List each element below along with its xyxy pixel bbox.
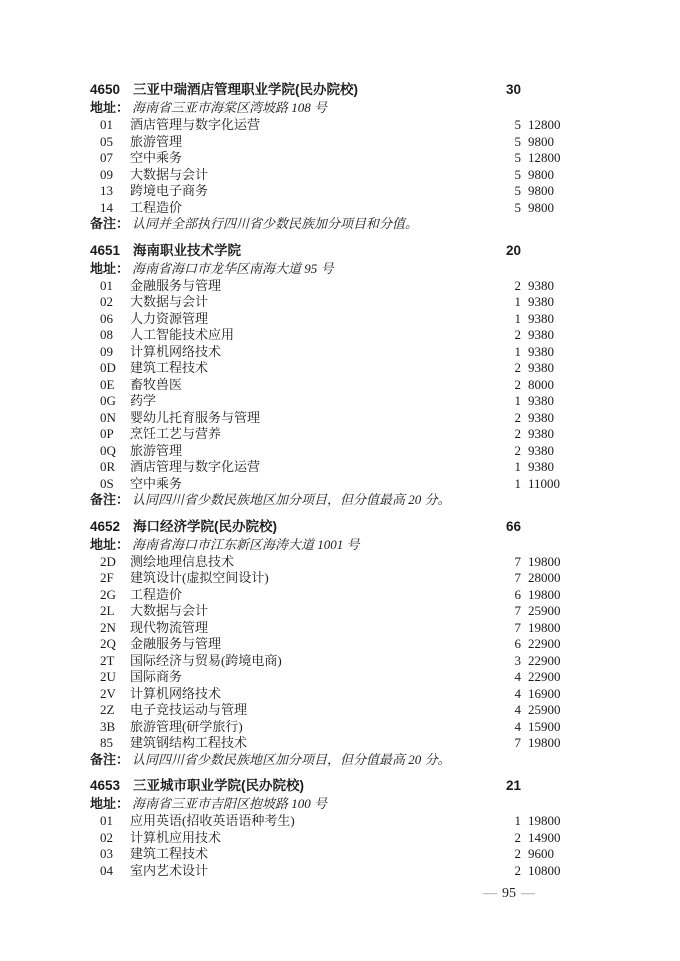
major-fee: 9800 — [521, 183, 565, 200]
major-name: 计算机应用技术 — [130, 830, 495, 847]
major-fee: 8000 — [521, 377, 565, 394]
major-quota: 2 — [495, 426, 521, 443]
major-quota: 7 — [495, 603, 521, 620]
major-row: 0P烹饪工艺与营养29380 — [90, 426, 565, 443]
major-row: 2V计算机网络技术416900 — [90, 686, 565, 703]
major-quota: 5 — [495, 134, 521, 151]
major-code: 2Z — [100, 702, 122, 719]
major-quota: 1 — [495, 294, 521, 311]
major-fee: 22900 — [521, 653, 565, 670]
college-name: 海口经济学院(民办院校) — [133, 517, 495, 536]
address-text: 海南省海口市江东新区海涛大道 1001 号 — [132, 536, 360, 554]
major-code: 09 — [100, 167, 122, 184]
major-quota: 5 — [495, 117, 521, 134]
major-fee: 19800 — [521, 554, 565, 571]
major-name: 旅游管理 — [130, 443, 495, 460]
major-fee: 9800 — [521, 134, 565, 151]
major-fee: 9380 — [521, 360, 565, 377]
major-row: 0D建筑工程技术29380 — [90, 360, 565, 377]
major-row: 06人力资源管理19380 — [90, 311, 565, 328]
major-code: 08 — [100, 327, 122, 344]
college-code: 4651 — [90, 241, 124, 260]
major-name: 国际商务 — [130, 669, 495, 686]
major-row: 01酒店管理与数字化运营512800 — [90, 117, 565, 134]
major-row: 0Q旅游管理29380 — [90, 443, 565, 460]
major-name: 人工智能技术应用 — [130, 327, 495, 344]
major-code: 2U — [100, 669, 122, 686]
major-code: 2F — [100, 570, 122, 587]
major-code: 05 — [100, 134, 122, 151]
major-fee: 12800 — [521, 117, 565, 134]
major-name: 酒店管理与数字化运营 — [130, 459, 495, 476]
major-row: 01应用英语(招收英语语种考生)119800 — [90, 813, 565, 830]
major-quota: 5 — [495, 183, 521, 200]
college-plan-total: 20 — [495, 241, 521, 260]
major-row: 02大数据与会计19380 — [90, 294, 565, 311]
major-name: 建筑设计(虚拟空间设计) — [130, 570, 495, 587]
note-text: 认同四川省少数民族地区加分项目，但分值最高 20 分。 — [132, 492, 451, 509]
major-fee: 19800 — [521, 735, 565, 752]
major-name: 国际经济与贸易(跨境电商) — [130, 653, 495, 670]
major-code: 04 — [100, 863, 122, 880]
major-fee: 9380 — [521, 327, 565, 344]
major-row: 3B旅游管理(研学旅行)415900 — [90, 719, 565, 736]
major-code: 14 — [100, 200, 122, 217]
address-text: 海南省海口市龙华区南海大道 95 号 — [132, 260, 334, 278]
college-block: 4653三亚城市职业学院(民办院校)21地址：海南省三亚市吉阳区抱坡路 100 … — [90, 776, 565, 879]
note-row: 备注：认同并全部执行四川省少数民族加分项目和分值。 — [90, 216, 565, 233]
major-quota: 1 — [495, 476, 521, 493]
major-fee: 9800 — [521, 200, 565, 217]
major-quota: 6 — [495, 587, 521, 604]
major-name: 测绘地理信息技术 — [130, 554, 495, 571]
major-code: 0P — [100, 426, 122, 443]
major-row: 14工程造价59800 — [90, 200, 565, 217]
major-name: 跨境电子商务 — [130, 183, 495, 200]
major-row: 85建筑钢结构工程技术719800 — [90, 735, 565, 752]
major-code: 85 — [100, 735, 122, 752]
major-quota: 1 — [495, 393, 521, 410]
major-quota: 3 — [495, 653, 521, 670]
major-quota: 7 — [495, 735, 521, 752]
major-row: 05旅游管理59800 — [90, 134, 565, 151]
college-plan-total: 30 — [495, 80, 521, 99]
major-code: 0Q — [100, 443, 122, 460]
college-address-row: 地址：海南省三亚市吉阳区抱坡路 100 号 — [90, 795, 565, 813]
major-name: 酒店管理与数字化运营 — [130, 117, 495, 134]
footer-right-dash: — — [516, 886, 540, 901]
major-code: 2D — [100, 554, 122, 571]
major-fee: 19800 — [521, 587, 565, 604]
major-name: 建筑钢结构工程技术 — [130, 735, 495, 752]
major-row: 2N现代物流管理719800 — [90, 620, 565, 637]
address-label: 地址： — [90, 536, 129, 554]
major-row: 04室内艺术设计210800 — [90, 863, 565, 880]
major-quota: 4 — [495, 669, 521, 686]
major-quota: 2 — [495, 863, 521, 880]
major-code: 2T — [100, 653, 122, 670]
college-address-row: 地址：海南省海口市龙华区南海大道 95 号 — [90, 260, 565, 278]
college-block: 4651海南职业技术学院20地址：海南省海口市龙华区南海大道 95 号01金融服… — [90, 241, 565, 509]
major-fee: 11000 — [521, 476, 565, 493]
major-row: 2G工程造价619800 — [90, 587, 565, 604]
major-name: 计算机网络技术 — [130, 344, 495, 361]
major-code: 0R — [100, 459, 122, 476]
major-code: 03 — [100, 846, 122, 863]
major-fee: 9800 — [521, 167, 565, 184]
major-quota: 5 — [495, 150, 521, 167]
major-quota: 7 — [495, 554, 521, 571]
major-fee: 9380 — [521, 311, 565, 328]
major-row: 0E畜牧兽医28000 — [90, 377, 565, 394]
major-fee: 9380 — [521, 459, 565, 476]
college-block: 4650三亚中瑞酒店管理职业学院(民办院校)30地址：海南省三亚市海棠区湾坡路 … — [90, 80, 565, 233]
major-fee: 22900 — [521, 636, 565, 653]
major-name: 空中乘务 — [130, 150, 495, 167]
major-quota: 1 — [495, 311, 521, 328]
major-code: 2N — [100, 620, 122, 637]
major-name: 药学 — [130, 393, 495, 410]
major-code: 0E — [100, 377, 122, 394]
document-page: 4650三亚中瑞酒店管理职业学院(民办院校)30地址：海南省三亚市海棠区湾坡路 … — [0, 0, 680, 961]
major-quota: 7 — [495, 570, 521, 587]
major-row: 02计算机应用技术214900 — [90, 830, 565, 847]
major-quota: 5 — [495, 167, 521, 184]
college-header-row: 4650三亚中瑞酒店管理职业学院(民办院校)30 — [90, 80, 565, 99]
major-name: 大数据与会计 — [130, 167, 495, 184]
major-row: 2T国际经济与贸易(跨境电商)322900 — [90, 653, 565, 670]
note-text: 认同并全部执行四川省少数民族加分项目和分值。 — [132, 216, 418, 233]
major-fee: 14900 — [521, 830, 565, 847]
college-block: 4652海口经济学院(民办院校)66地址：海南省海口市江东新区海涛大道 1001… — [90, 517, 565, 769]
major-fee: 12800 — [521, 150, 565, 167]
major-fee: 25900 — [521, 702, 565, 719]
college-name: 三亚城市职业学院(民办院校) — [133, 776, 495, 795]
major-quota: 2 — [495, 830, 521, 847]
major-name: 金融服务与管理 — [130, 278, 495, 295]
major-name: 室内艺术设计 — [130, 863, 495, 880]
college-address-row: 地址：海南省三亚市海棠区湾坡路 108 号 — [90, 99, 565, 117]
major-quota: 2 — [495, 410, 521, 427]
major-name: 工程造价 — [130, 200, 495, 217]
major-fee: 9380 — [521, 344, 565, 361]
major-name: 大数据与会计 — [130, 294, 495, 311]
major-row: 03建筑工程技术29600 — [90, 846, 565, 863]
major-quota: 6 — [495, 636, 521, 653]
major-row: 0R酒店管理与数字化运营19380 — [90, 459, 565, 476]
major-name: 空中乘务 — [130, 476, 495, 493]
note-label: 备注： — [90, 492, 129, 509]
major-code: 2L — [100, 603, 122, 620]
major-code: 02 — [100, 830, 122, 847]
major-code: 01 — [100, 278, 122, 295]
college-header-row: 4653三亚城市职业学院(民办院校)21 — [90, 776, 565, 795]
major-row: 13跨境电子商务59800 — [90, 183, 565, 200]
major-code: 09 — [100, 344, 122, 361]
note-label: 备注： — [90, 216, 129, 233]
major-quota: 4 — [495, 719, 521, 736]
address-label: 地址： — [90, 795, 129, 813]
footer-page-number: 95 — [502, 886, 516, 901]
address-label: 地址： — [90, 260, 129, 278]
major-name: 工程造价 — [130, 587, 495, 604]
address-text: 海南省三亚市吉阳区抱坡路 100 号 — [132, 795, 327, 813]
major-fee: 28000 — [521, 570, 565, 587]
college-header-row: 4652海口经济学院(民办院校)66 — [90, 517, 565, 536]
major-row: 07空中乘务512800 — [90, 150, 565, 167]
major-quota: 2 — [495, 377, 521, 394]
college-name: 三亚中瑞酒店管理职业学院(民办院校) — [133, 80, 495, 99]
major-name: 烹饪工艺与营养 — [130, 426, 495, 443]
major-row: 2L大数据与会计725900 — [90, 603, 565, 620]
major-quota: 7 — [495, 620, 521, 637]
college-code: 4652 — [90, 517, 124, 536]
address-text: 海南省三亚市海棠区湾坡路 108 号 — [132, 99, 327, 117]
major-quota: 2 — [495, 846, 521, 863]
major-code: 01 — [100, 813, 122, 830]
major-name: 大数据与会计 — [130, 603, 495, 620]
major-quota: 2 — [495, 360, 521, 377]
major-name: 旅游管理(研学旅行) — [130, 719, 495, 736]
note-row: 备注：认同四川省少数民族地区加分项目，但分值最高 20 分。 — [90, 752, 565, 769]
major-name: 建筑工程技术 — [130, 846, 495, 863]
note-text: 认同四川省少数民族地区加分项目，但分值最高 20 分。 — [132, 752, 451, 769]
footer-left-dash: — — [478, 886, 502, 901]
major-row: 0S空中乘务111000 — [90, 476, 565, 493]
major-name: 金融服务与管理 — [130, 636, 495, 653]
major-quota: 2 — [495, 327, 521, 344]
major-quota: 1 — [495, 344, 521, 361]
page-footer: —95— — [478, 886, 540, 902]
major-fee: 9380 — [521, 393, 565, 410]
major-fee: 9600 — [521, 846, 565, 863]
major-row: 2F建筑设计(虚拟空间设计)728000 — [90, 570, 565, 587]
college-plan-total: 21 — [495, 776, 521, 795]
major-name: 旅游管理 — [130, 134, 495, 151]
major-quota: 2 — [495, 443, 521, 460]
major-row: 2Q金融服务与管理622900 — [90, 636, 565, 653]
major-row: 09计算机网络技术19380 — [90, 344, 565, 361]
major-name: 现代物流管理 — [130, 620, 495, 637]
major-name: 应用英语(招收英语语种考生) — [130, 813, 495, 830]
major-name: 婴幼儿托育服务与管理 — [130, 410, 495, 427]
college-address-row: 地址：海南省海口市江东新区海涛大道 1001 号 — [90, 536, 565, 554]
major-code: 2V — [100, 686, 122, 703]
major-row: 0G药学19380 — [90, 393, 565, 410]
major-fee: 22900 — [521, 669, 565, 686]
major-row: 01金融服务与管理29380 — [90, 278, 565, 295]
college-list: 4650三亚中瑞酒店管理职业学院(民办院校)30地址：海南省三亚市海棠区湾坡路 … — [90, 80, 565, 887]
note-row: 备注：认同四川省少数民族地区加分项目，但分值最高 20 分。 — [90, 492, 565, 509]
major-fee: 15900 — [521, 719, 565, 736]
major-quota: 4 — [495, 702, 521, 719]
major-code: 0N — [100, 410, 122, 427]
major-code: 0S — [100, 476, 122, 493]
major-code: 2Q — [100, 636, 122, 653]
major-fee: 9380 — [521, 426, 565, 443]
major-row: 2Z电子竞技运动与管理425900 — [90, 702, 565, 719]
college-header-row: 4651海南职业技术学院20 — [90, 241, 565, 260]
major-name: 畜牧兽医 — [130, 377, 495, 394]
major-code: 13 — [100, 183, 122, 200]
major-fee: 19800 — [521, 813, 565, 830]
major-row: 0N婴幼儿托育服务与管理29380 — [90, 410, 565, 427]
major-fee: 9380 — [521, 294, 565, 311]
major-code: 07 — [100, 150, 122, 167]
major-quota: 4 — [495, 686, 521, 703]
address-label: 地址： — [90, 99, 129, 117]
major-row: 08人工智能技术应用29380 — [90, 327, 565, 344]
major-code: 06 — [100, 311, 122, 328]
major-fee: 19800 — [521, 620, 565, 637]
major-name: 计算机网络技术 — [130, 686, 495, 703]
major-quota: 1 — [495, 813, 521, 830]
major-code: 01 — [100, 117, 122, 134]
major-name: 人力资源管理 — [130, 311, 495, 328]
note-label: 备注： — [90, 752, 129, 769]
major-code: 2G — [100, 587, 122, 604]
major-code: 3B — [100, 719, 122, 736]
major-row: 2D测绘地理信息技术719800 — [90, 554, 565, 571]
major-fee: 16900 — [521, 686, 565, 703]
major-quota: 1 — [495, 459, 521, 476]
major-row: 09大数据与会计59800 — [90, 167, 565, 184]
major-quota: 2 — [495, 278, 521, 295]
college-code: 4650 — [90, 80, 124, 99]
major-quota: 5 — [495, 200, 521, 217]
major-name: 电子竞技运动与管理 — [130, 702, 495, 719]
major-fee: 25900 — [521, 603, 565, 620]
major-fee: 10800 — [521, 863, 565, 880]
major-name: 建筑工程技术 — [130, 360, 495, 377]
major-code: 0G — [100, 393, 122, 410]
college-name: 海南职业技术学院 — [133, 241, 495, 260]
college-code: 4653 — [90, 776, 124, 795]
college-plan-total: 66 — [495, 517, 521, 536]
major-fee: 9380 — [521, 278, 565, 295]
major-fee: 9380 — [521, 443, 565, 460]
major-fee: 9380 — [521, 410, 565, 427]
major-code: 0D — [100, 360, 122, 377]
major-code: 02 — [100, 294, 122, 311]
major-row: 2U国际商务422900 — [90, 669, 565, 686]
